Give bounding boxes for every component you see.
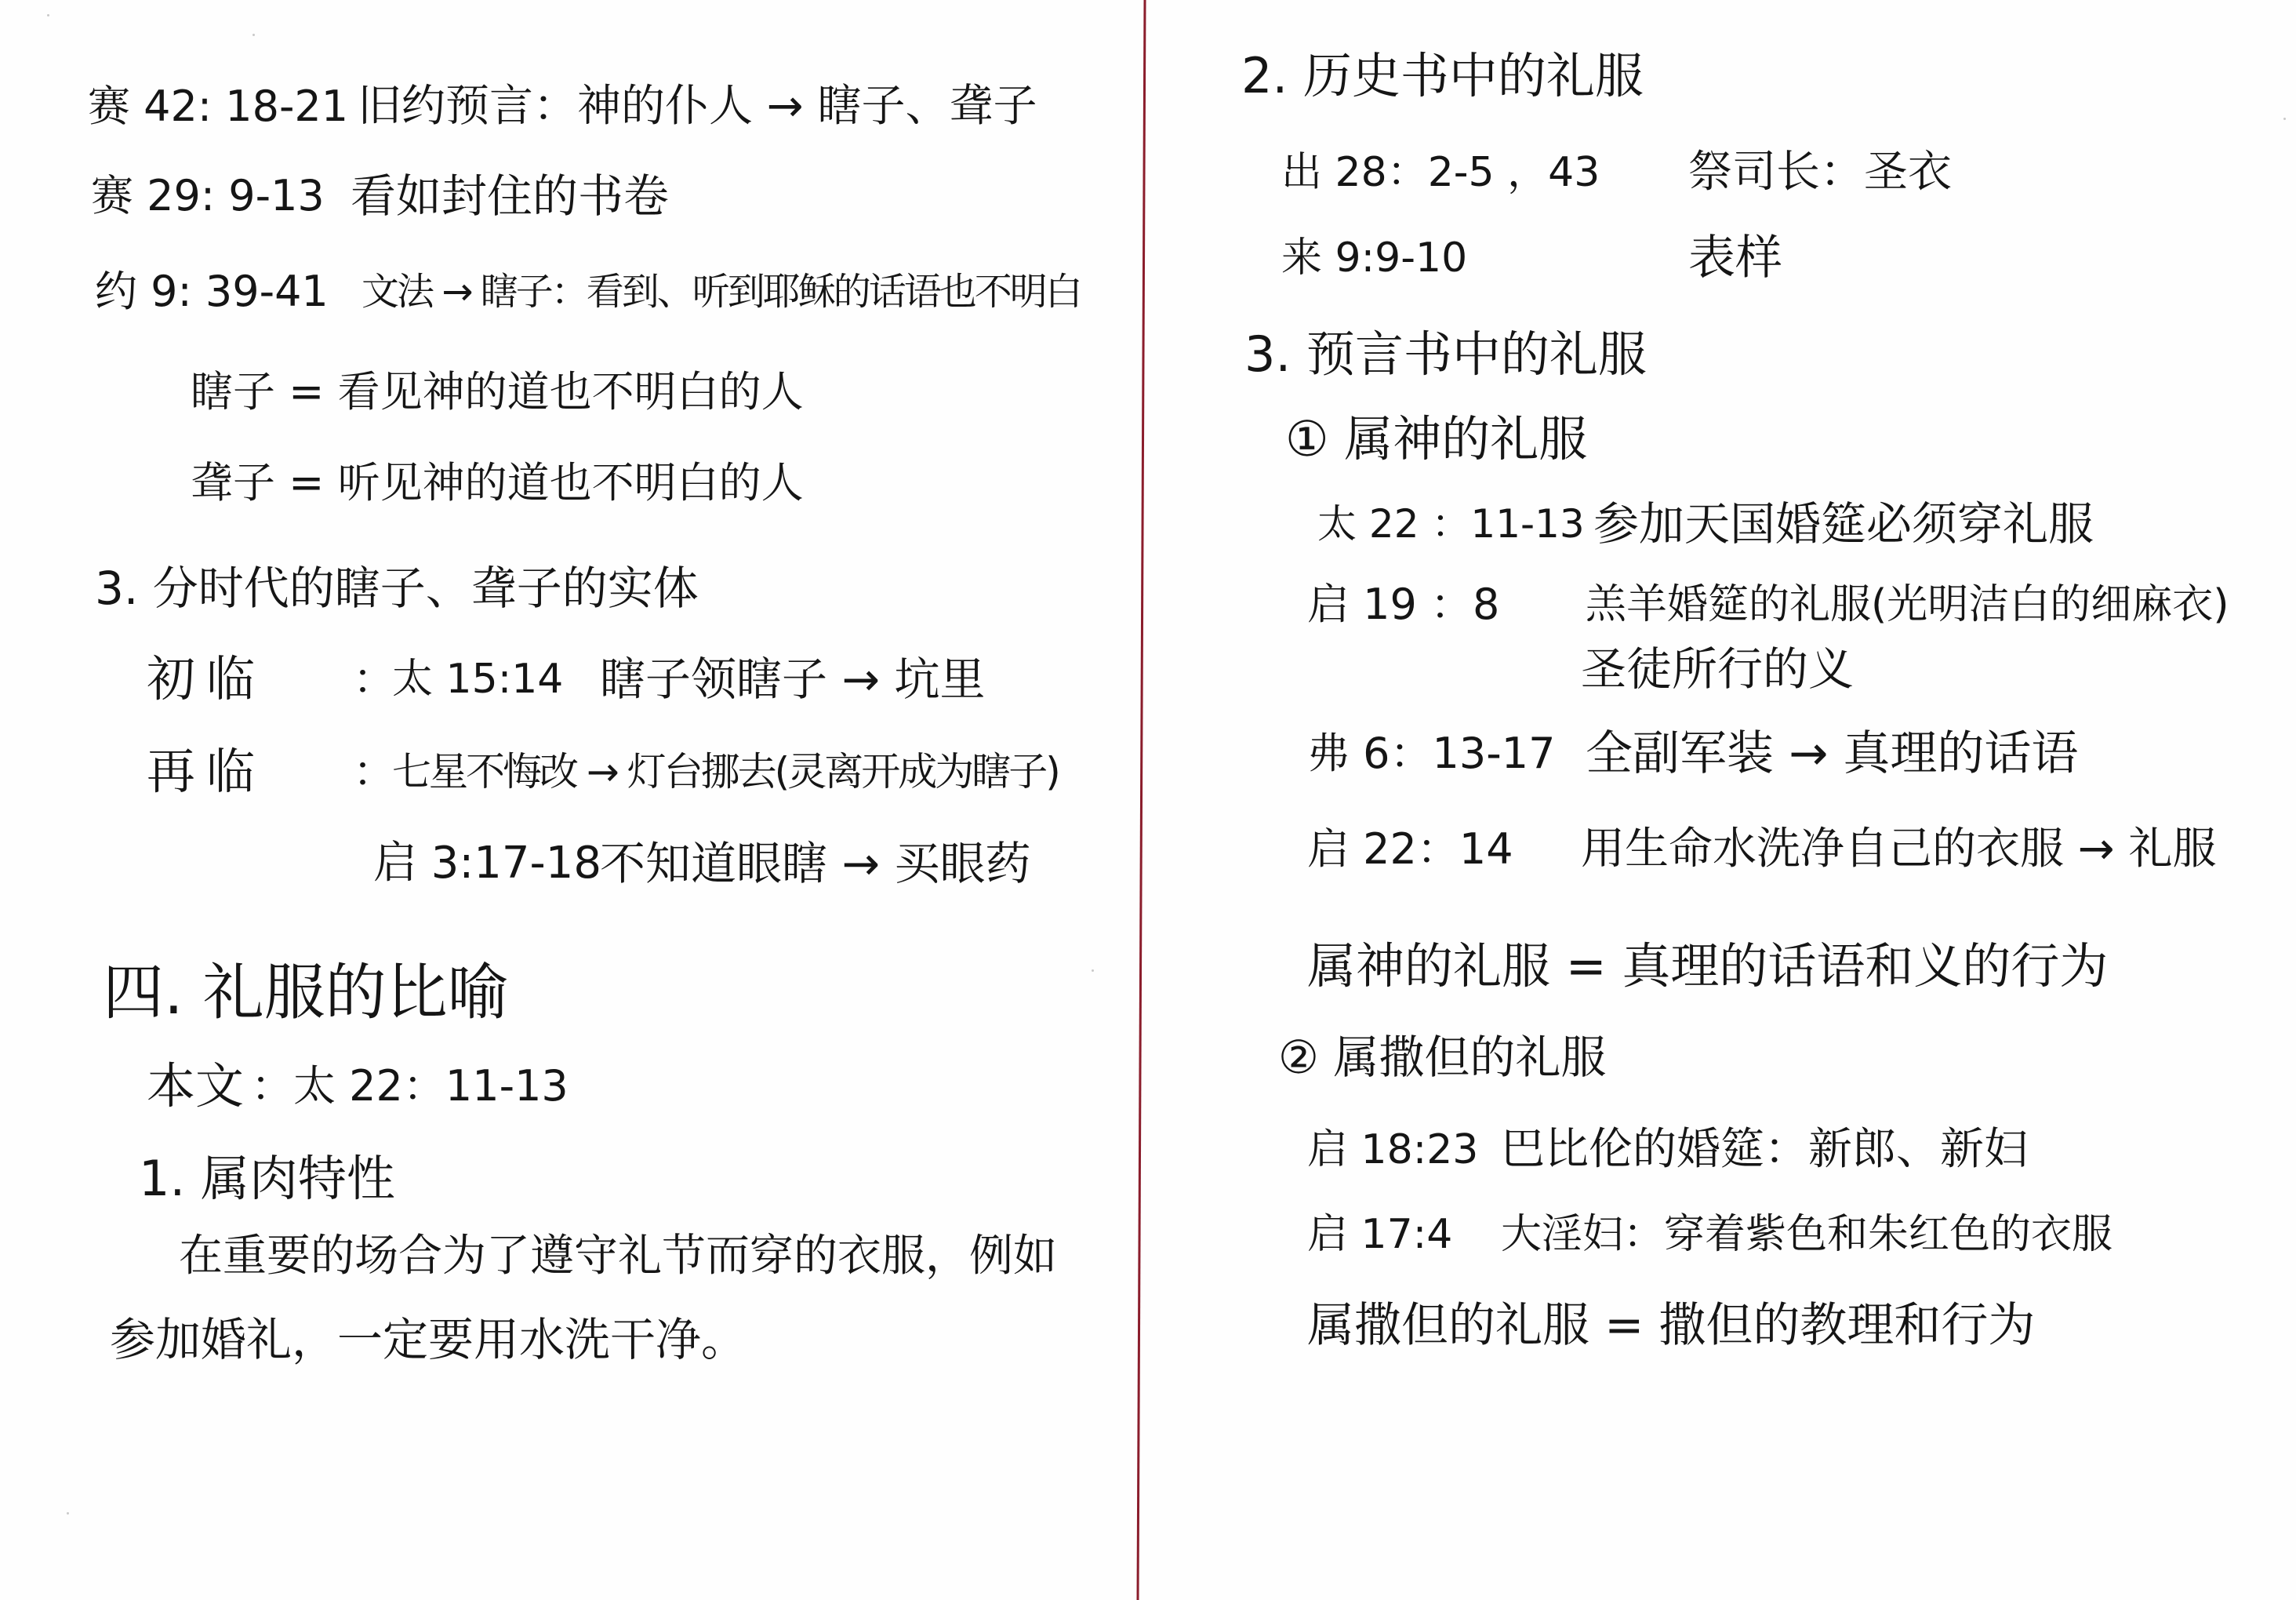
definition-text: 聋子 = 听见神的道也不明白的人 (191, 462, 804, 504)
scripture-ref: 启 18:23 (1307, 1129, 1478, 1170)
scan-speck (252, 34, 255, 36)
note-text: 祭司长：圣衣 (1688, 151, 1952, 195)
note-text: 文法 → 瞎子：看到、听到耶稣的话语也不明白 (361, 273, 1081, 311)
scripture-ref: 启 22：14 (1307, 828, 1513, 871)
history-ref-row: 来 9:9-10 表样 (1146, 223, 2296, 293)
right-page: 2. 历史书中的礼服 出 28：2-5 ，43 祭司长：圣衣 来 9:9-10 … (1146, 0, 2296, 1600)
scripture-ref: 启 17:4 (1307, 1214, 1452, 1255)
note-text: 巴比伦的婚筵：新郎、新妇 (1501, 1128, 2028, 1172)
chapter-heading: 四. 礼服的比喻 (0, 958, 1139, 1028)
note-text: 全副军装 → 真理的话语 (1586, 730, 2078, 777)
prophecy-ref-row: 赛 42: 18-21 旧约预言：神的仆人 → 瞎子、聋子 (0, 71, 1139, 142)
section2-heading: 2. 历史书中的礼服 (1241, 52, 1644, 100)
scan-speck (47, 14, 49, 16)
subsection-heading: 1. 属肉特性 (0, 1144, 1139, 1214)
main-text-label: 本文 (147, 1062, 244, 1111)
scripture-ref: 来 9:9-10 (1281, 238, 1467, 278)
god-robe-row: 弗 6：13-17 全副军装 → 真理的话语 (1146, 718, 2296, 789)
section3-heading: 3. 分时代的瞎子、聋子的实体 (95, 565, 699, 611)
colon: ： (353, 751, 395, 793)
satan-robe-row: 启 18:23 巴比伦的婚筵：新郎、新妇 (1146, 1115, 2296, 1185)
scripture-ref: 弗 6：13-17 (1307, 733, 1555, 775)
main-text-row: 本文 ：太 22：11-13 (0, 1051, 1139, 1122)
scan-speck (67, 1512, 69, 1515)
scripture-ref: 赛 42: 18-21 (88, 85, 348, 128)
note-text: 旧约预言：神的仆人 → 瞎子、聋子 (358, 85, 1037, 129)
note-text: 表样 (1688, 235, 1782, 282)
god-robe-row-continued: 圣徒所行的义 (1146, 634, 2296, 704)
summary-text: 属撒但的礼服 = 撒但的教理和行为 (1307, 1302, 2035, 1349)
satan-robe-summary: 属撒但的礼服 = 撒但的教理和行为 (1146, 1290, 2296, 1361)
subsection-heading: ② 属撒但的礼服 (1146, 1022, 2296, 1093)
scripture-ref: 太 22 ：11-13 (1317, 504, 1585, 544)
scripture-ref: 赛 29: 9-13 (91, 175, 325, 217)
scripture-ref: 启 19 ：8 (1307, 584, 1499, 626)
summary-text: 属神的礼服 = 真理的话语和义的行为 (1307, 942, 2108, 991)
second-coming-ref-row: 启 3:17-18 不知道眼瞎 → 买眼药 (0, 828, 1139, 899)
paragraph-line: 在重要的场合为了遵守礼节而穿的衣服，例如 (0, 1221, 1139, 1292)
note-text: 瞎子领瞎子 → 坑里 (600, 656, 985, 702)
scan-speck (2283, 118, 2286, 120)
section3-heading: 3. 预言书中的礼服 (1244, 330, 1647, 379)
prophecy-ref-row: 赛 29: 9-13 看如封住的书卷 (0, 161, 1139, 231)
history-ref-row: 出 28：2-5 ，43 祭司长：圣衣 (1146, 137, 2296, 208)
scripture-ref: 约 9: 39-41 (95, 271, 329, 313)
paragraph-line: 参加婚礼，一定要用水洗干净。 (0, 1304, 1139, 1375)
note-text: 大淫妇：穿着紫色和朱红色的衣服 (1501, 1214, 2113, 1255)
god-robe-row: 启 22：14 用生命水洗净自己的衣服 → 礼服 (1146, 814, 2296, 885)
paragraph-text: 参加婚礼，一定要用水洗干净。 (110, 1317, 747, 1362)
satan-robe-row: 启 17:4 大淫妇：穿着紫色和朱红色的衣服 (1146, 1199, 2296, 1270)
section-heading: 3. 分时代的瞎子、聋子的实体 (0, 553, 1139, 624)
note-text: 圣徒所行的义 (1581, 646, 1854, 692)
scripture-ref: ：太 22：11-13 (251, 1065, 569, 1107)
note-text: 看如封住的书卷 (351, 173, 669, 219)
first-coming-row: 初临 ： 太 15:14 瞎子领瞎子 → 坑里 (0, 644, 1139, 715)
note-text: 不知道眼瞎 → 买眼药 (600, 841, 1030, 886)
section-heading: 2. 历史书中的礼服 (1146, 41, 2296, 111)
god-robe-heading: ① 属神的礼服 (1285, 415, 1587, 464)
note-text: 七星不悔改 → 灯台挪去(灵离开成为瞎子) (392, 752, 1059, 791)
satan-robe-heading: ② 属撒但的礼服 (1278, 1035, 1606, 1080)
note-text: 羔羊婚筵的礼服(光明洁白的细麻衣) (1586, 584, 2229, 625)
scripture-ref: 太 15:14 (392, 659, 563, 700)
sub1-heading: 1. 属肉特性 (139, 1155, 395, 1203)
god-robe-summary: 属神的礼服 = 真理的话语和义的行为 (1146, 931, 2296, 1002)
prophecy-ref-row: 约 9: 39-41 文法 → 瞎子：看到、听到耶稣的话语也不明白 (0, 256, 1139, 327)
section4-heading: 四. 礼服的比喻 (103, 962, 509, 1024)
definition-blind: 瞎子 = 看见神的道也不明白的人 (0, 357, 1139, 427)
god-robe-row: 启 19 ：8 羔羊婚筵的礼服(光明洁白的细麻衣) (1146, 569, 2296, 640)
definition-text: 瞎子 = 看见神的道也不明白的人 (191, 371, 804, 413)
scripture-ref: 启 3:17-18 (373, 842, 601, 885)
second-coming-label: 再临 (147, 747, 266, 796)
section-heading: 3. 预言书中的礼服 (1146, 319, 2296, 390)
colon: ： (353, 658, 395, 700)
definition-deaf: 聋子 = 听见神的道也不明白的人 (0, 448, 1139, 518)
scripture-ref: 出 28：2-5 ，43 (1281, 152, 1600, 193)
left-page: 赛 42: 18-21 旧约预言：神的仆人 → 瞎子、聋子 赛 29: 9-13… (0, 0, 1139, 1600)
god-robe-row: 太 22 ：11-13 参加天国婚筵必须穿礼服 (1146, 489, 2296, 559)
second-coming-row: 再临 ： 七星不悔改 → 灯台挪去(灵离开成为瞎子) (0, 736, 1139, 807)
first-coming-label: 初临 (147, 655, 266, 704)
note-text: 参加天国婚筵必须穿礼服 (1593, 501, 2094, 547)
note-text: 用生命水洗净自己的衣服 → 礼服 (1581, 827, 2217, 871)
subsection-heading: ① 属神的礼服 (1146, 404, 2296, 475)
scan-speck (1092, 969, 1094, 972)
paragraph-text: 在重要的场合为了遵守礼节而穿的衣服，例如 (179, 1235, 1057, 1278)
